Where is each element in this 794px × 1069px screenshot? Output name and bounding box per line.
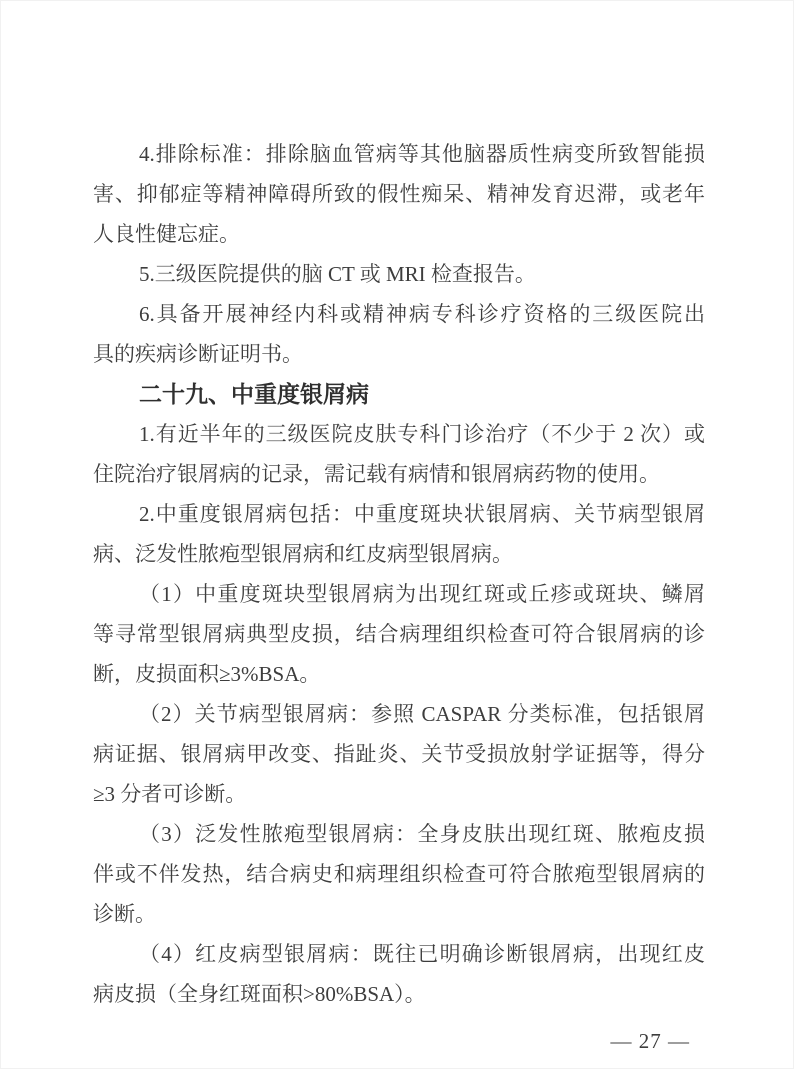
item-4-exclusion-criteria: 4.排除标准：排除脑血管病等其他脑器质性病变所致智能损害、抑郁症等精神障碍所致的… (93, 134, 705, 254)
text-line: 诊断。 (93, 894, 705, 934)
text-line: 病、泛发性脓疱型银屑病和红皮病型银屑病。 (93, 534, 705, 574)
text-line: （3）泛发性脓疱型银屑病：全身皮肤出现红斑、脓疱皮损 (93, 814, 705, 854)
text-line: 病皮损（全身红斑面积>80%BSA）。 (93, 974, 705, 1014)
item-6-diagnosis-certificate: 6.具备开展神经内科或精神病专科诊疗资格的三级医院出具的疾病诊断证明书。 (93, 294, 705, 374)
sub-2-arthropathic-psoriasis: （2）关节病型银屑病：参照 CASPAR 分类标准，包括银屑病证据、银屑病甲改变… (93, 694, 705, 814)
document-body: 4.排除标准：排除脑血管病等其他脑器质性病变所致智能损害、抑郁症等精神障碍所致的… (93, 134, 705, 1014)
text-line: （1）中重度斑块型银屑病为出现红斑或丘疹或斑块、鳞屑 (93, 574, 705, 614)
text-line: 断，皮损面积≥3%BSA。 (93, 654, 705, 694)
item-2-psoriasis-types: 2.中重度银屑病包括：中重度斑块状银屑病、关节病型银屑病、泛发性脓疱型银屑病和红… (93, 494, 705, 574)
text-line: 病证据、银屑病甲改变、指趾炎、关节受损放射学证据等，得分 (93, 734, 705, 774)
page-number: — 27 — (611, 1029, 691, 1054)
text-line: 4.排除标准：排除脑血管病等其他脑器质性病变所致智能损 (93, 134, 705, 174)
document-page: 4.排除标准：排除脑血管病等其他脑器质性病变所致智能损害、抑郁症等精神障碍所致的… (0, 0, 794, 1069)
text-line: （2）关节病型银屑病：参照 CASPAR 分类标准，包括银屑 (93, 694, 705, 734)
sub-1-plaque-psoriasis: （1）中重度斑块型银屑病为出现红斑或丘疹或斑块、鳞屑等寻常型银屑病典型皮损，结合… (93, 574, 705, 694)
text-line: （4）红皮病型银屑病：既往已明确诊断银屑病，出现红皮 (93, 934, 705, 974)
sub-3-pustular-psoriasis: （3）泛发性脓疱型银屑病：全身皮肤出现红斑、脓疱皮损伴或不伴发热，结合病史和病理… (93, 814, 705, 934)
text-line: 等寻常型银屑病典型皮损，结合病理组织检查可符合银屑病的诊 (93, 614, 705, 654)
text-line: 1.有近半年的三级医院皮肤专科门诊治疗（不少于 2 次）或 (93, 414, 705, 454)
section-heading-text: 二十九、中重度银屑病 (93, 374, 705, 414)
text-line: 住院治疗银屑病的记录，需记载有病情和银屑病药物的使用。 (93, 454, 705, 494)
section-29-heading: 二十九、中重度银屑病 (93, 374, 705, 414)
text-line: 具的疾病诊断证明书。 (93, 334, 705, 374)
item-1-treatment-records: 1.有近半年的三级医院皮肤专科门诊治疗（不少于 2 次）或住院治疗银屑病的记录，… (93, 414, 705, 494)
text-line: ≥3 分者可诊断。 (93, 774, 705, 814)
text-line: 害、抑郁症等精神障碍所致的假性痴呆、精神发育迟滞，或老年 (93, 174, 705, 214)
text-line: 2.中重度银屑病包括：中重度斑块状银屑病、关节病型银屑 (93, 494, 705, 534)
item-5-ct-mri-report: 5.三级医院提供的脑 CT 或 MRI 检查报告。 (93, 254, 705, 294)
text-line: 人良性健忘症。 (93, 214, 705, 254)
text-line: 5.三级医院提供的脑 CT 或 MRI 检查报告。 (93, 254, 705, 294)
text-line: 伴或不伴发热，结合病史和病理组织检查可符合脓疱型银屑病的 (93, 854, 705, 894)
text-line: 6.具备开展神经内科或精神病专科诊疗资格的三级医院出 (93, 294, 705, 334)
sub-4-erythrodermic-psoriasis: （4）红皮病型银屑病：既往已明确诊断银屑病，出现红皮病皮损（全身红斑面积>80%… (93, 934, 705, 1014)
